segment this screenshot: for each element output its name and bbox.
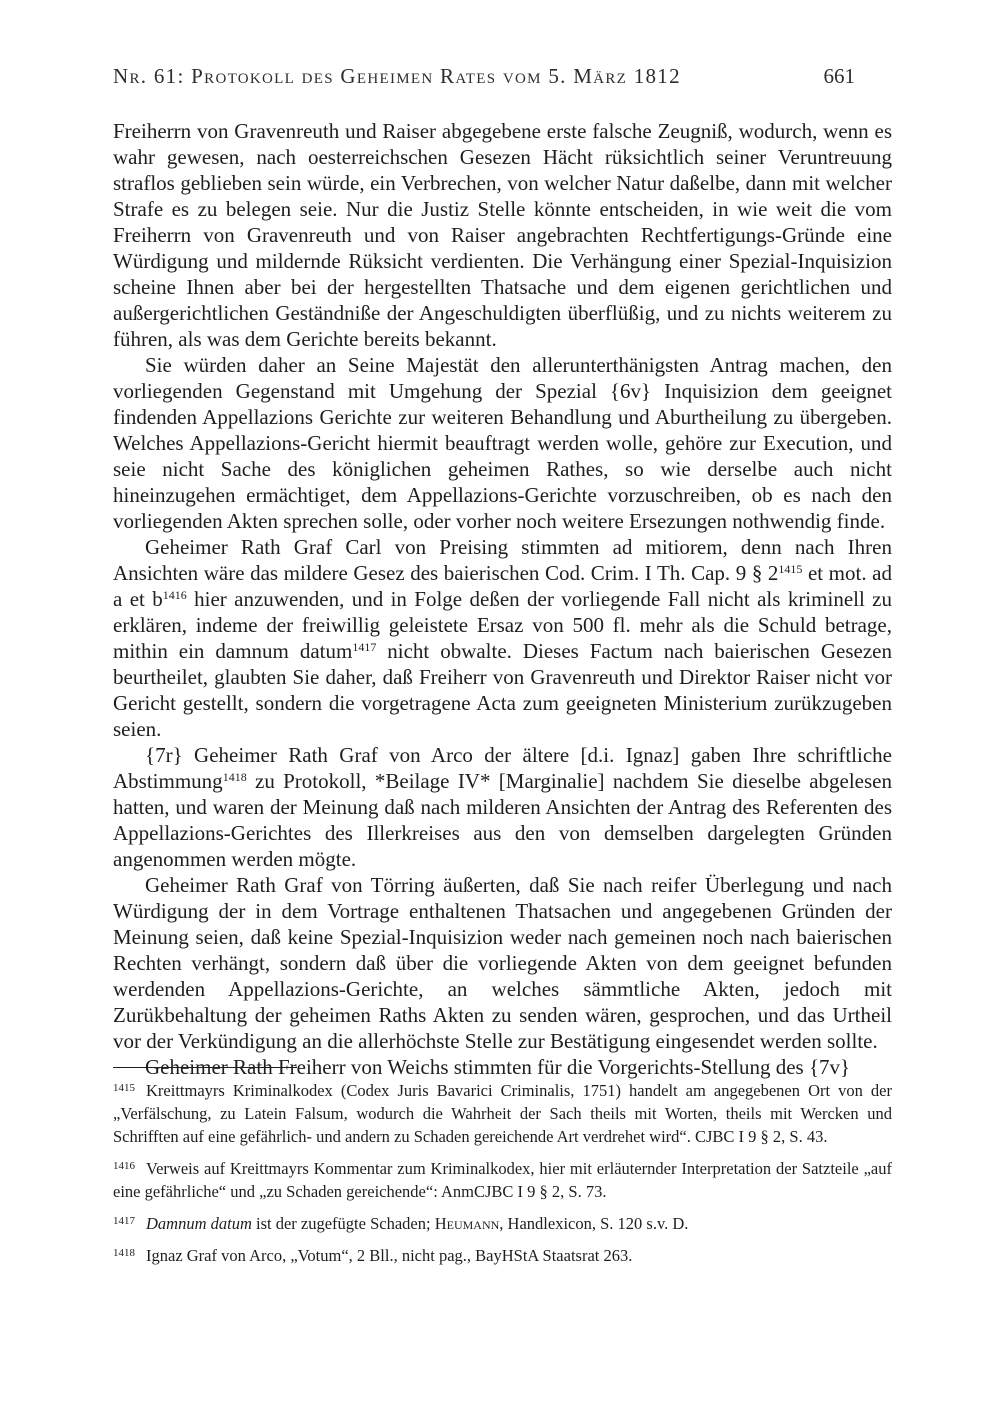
running-header-title: Nr. 61: Protokoll des Geheimen Rates vom… bbox=[113, 64, 681, 89]
footnote-number: 1417 bbox=[113, 1215, 135, 1227]
text-segment: zu Protokoll, *Beilage IV* [Marginalie] … bbox=[113, 769, 892, 871]
footnote: 1416Verweis auf Kreittmayrs Kommentar zu… bbox=[113, 1157, 892, 1203]
paragraph: Sie würden daher an Seine Majestät den a… bbox=[113, 352, 892, 534]
text-segment: Kreittmayrs Kriminalkodex (Codex Juris B… bbox=[113, 1081, 892, 1146]
footnote-marker: 1417 bbox=[352, 640, 376, 654]
italic-text-segment: Damnum datum bbox=[146, 1214, 252, 1233]
text-segment: Geheimer Rath Graf von Törring äußerten,… bbox=[113, 873, 892, 1053]
page-number: 661 bbox=[824, 64, 893, 89]
text-segment: Sie würden daher an Seine Majestät den a… bbox=[113, 353, 892, 533]
footnote: 1417Damnum datum ist der zugefügte Schad… bbox=[113, 1212, 892, 1235]
footnote-number: 1418 bbox=[113, 1247, 135, 1259]
text-segment: Freiherrn von Gravenreuth und Raiser abg… bbox=[113, 119, 892, 351]
text-segment: Geheimer Rath Graf Carl von Preising sti… bbox=[113, 535, 892, 585]
paragraph: Geheimer Rath Graf von Törring äußerten,… bbox=[113, 872, 892, 1054]
text-block: Freiherrn von Gravenreuth und Raiser abg… bbox=[113, 118, 892, 1080]
footnote-marker: 1418 bbox=[223, 770, 247, 784]
smallcaps-text-segment: Heumann bbox=[435, 1214, 500, 1233]
book-page: Nr. 61: Protokoll des Geheimen Rates vom… bbox=[0, 0, 1004, 1418]
footnotes: 1415Kreittmayrs Kriminalkodex (Codex Jur… bbox=[113, 1079, 892, 1276]
footnote-marker: 1416 bbox=[163, 588, 187, 602]
page-header: Nr. 61: Protokoll des Geheimen Rates vom… bbox=[113, 64, 892, 89]
footnote: 1415Kreittmayrs Kriminalkodex (Codex Jur… bbox=[113, 1079, 892, 1148]
footnote-separator bbox=[113, 1067, 297, 1068]
text-segment: Ignaz Graf von Arco, „Votum“, 2 Bll., ni… bbox=[146, 1246, 632, 1265]
footnote-number: 1416 bbox=[113, 1160, 135, 1172]
paragraph: {7r} Geheimer Rath Graf von Arco der ält… bbox=[113, 742, 892, 872]
paragraph: Geheimer Rath Graf Carl von Preising sti… bbox=[113, 534, 892, 742]
text-segment: Verweis auf Kreittmayrs Kommentar zum Kr… bbox=[113, 1159, 892, 1201]
footnote-marker: 1415 bbox=[778, 562, 802, 576]
paragraph: Freiherrn von Gravenreuth und Raiser abg… bbox=[113, 118, 892, 352]
footnote: 1418Ignaz Graf von Arco, „Votum“, 2 Bll.… bbox=[113, 1244, 892, 1267]
footnote-number: 1415 bbox=[113, 1082, 135, 1094]
text-segment: ist der zugefügte Schaden; bbox=[252, 1214, 435, 1233]
text-segment: , Handlexicon, S. 120 s.v. D. bbox=[499, 1214, 688, 1233]
